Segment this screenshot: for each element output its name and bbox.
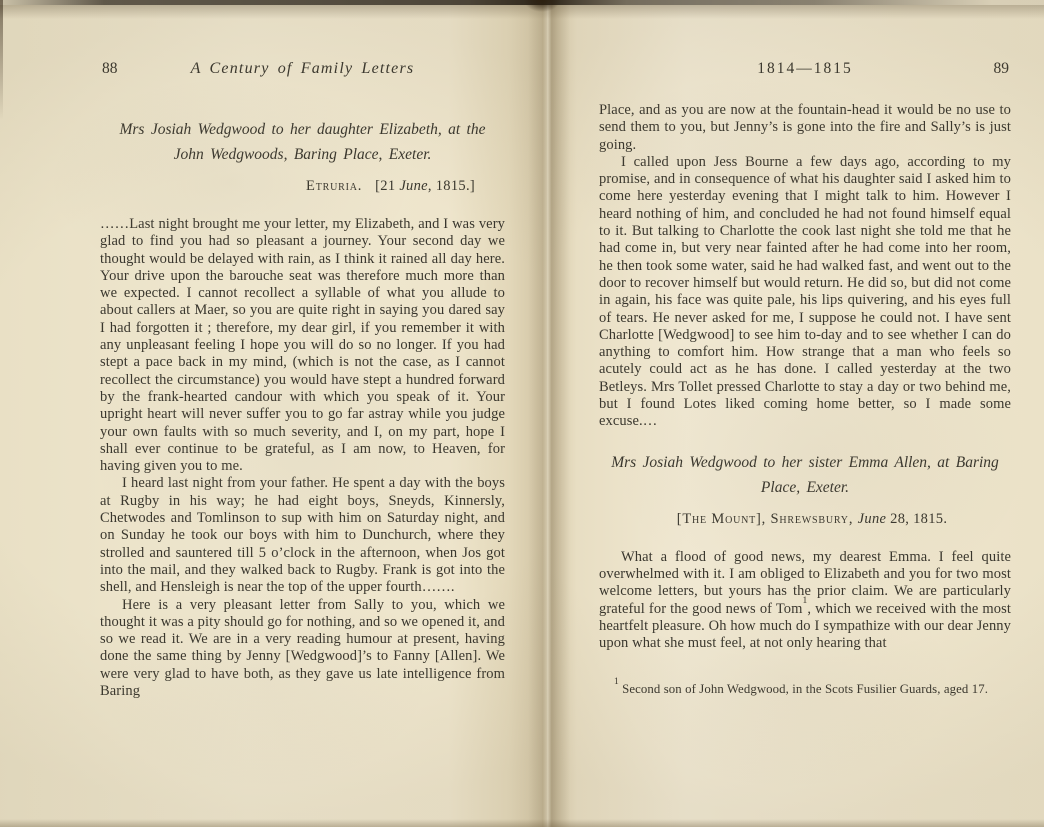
letter2-dateline-place: [The Mount], Shrewsbury, [677,511,858,527]
page-right: 1814—1815 89 Place, and as you are now a… [547,0,1044,827]
letter1-paragraph-3-continued: Place, and as you are now at the fountai… [599,102,1011,154]
letter2-dateline-post: 28, 1815. [886,511,947,527]
letter1-dateline-pre: [21 [375,178,399,194]
footnote-marker: 1 [614,677,619,687]
footnote-reference-marker: 1 [803,596,808,606]
letter1-paragraph-3: Here is a very pleasant letter from Sall… [100,597,505,701]
left-page-header: 88 A Century of Family Letters [100,60,505,81]
letter1-dateline-month: June [399,178,428,194]
running-header-years: 1814—1815 [599,60,1011,78]
book-scan: 88 A Century of Family Letters Mrs Josia… [0,0,1044,827]
page-number-right: 89 [994,60,1010,78]
letter1-paragraph-2: I heard last night from your father. He … [100,475,505,596]
letter2-dateline: [The Mount], Shrewsbury, June 28, 1815. [599,511,1011,528]
letter1-dateline: Etruria.[21 June, 1815.] [100,178,505,195]
letter2-paragraph-1: What a flood of good news, my dearest Em… [599,549,1011,653]
page-left-content: 88 A Century of Family Letters Mrs Josia… [100,60,505,700]
letter1-dateline-post: , 1815.] [428,178,475,194]
footnote-text: Second son of John Wedgwood, in the Scot… [619,682,988,696]
page-right-content: 1814—1815 89 Place, and as you are now a… [599,60,1011,711]
footnote: 1 Second son of John Wedgwood, in the Sc… [599,681,1011,698]
letter1-heading: Mrs Josiah Wedgwood to her daughter Eliz… [100,117,505,167]
running-title: A Century of Family Letters [100,60,505,78]
right-page-header: 1814—1815 89 [599,60,1011,81]
letter2-heading: Mrs Josiah Wedgwood to her sister Emma A… [599,450,1011,500]
letter1-paragraph-jess-bourne: I called upon Jess Bourne a few days ago… [599,154,1011,431]
letter1-dateline-place: Etruria. [306,178,362,194]
letter1-paragraph-1: ……Last night brought me your letter, my … [100,216,505,475]
letter2-dateline-month: June [858,511,887,527]
page-left: 88 A Century of Family Letters Mrs Josia… [0,0,547,827]
